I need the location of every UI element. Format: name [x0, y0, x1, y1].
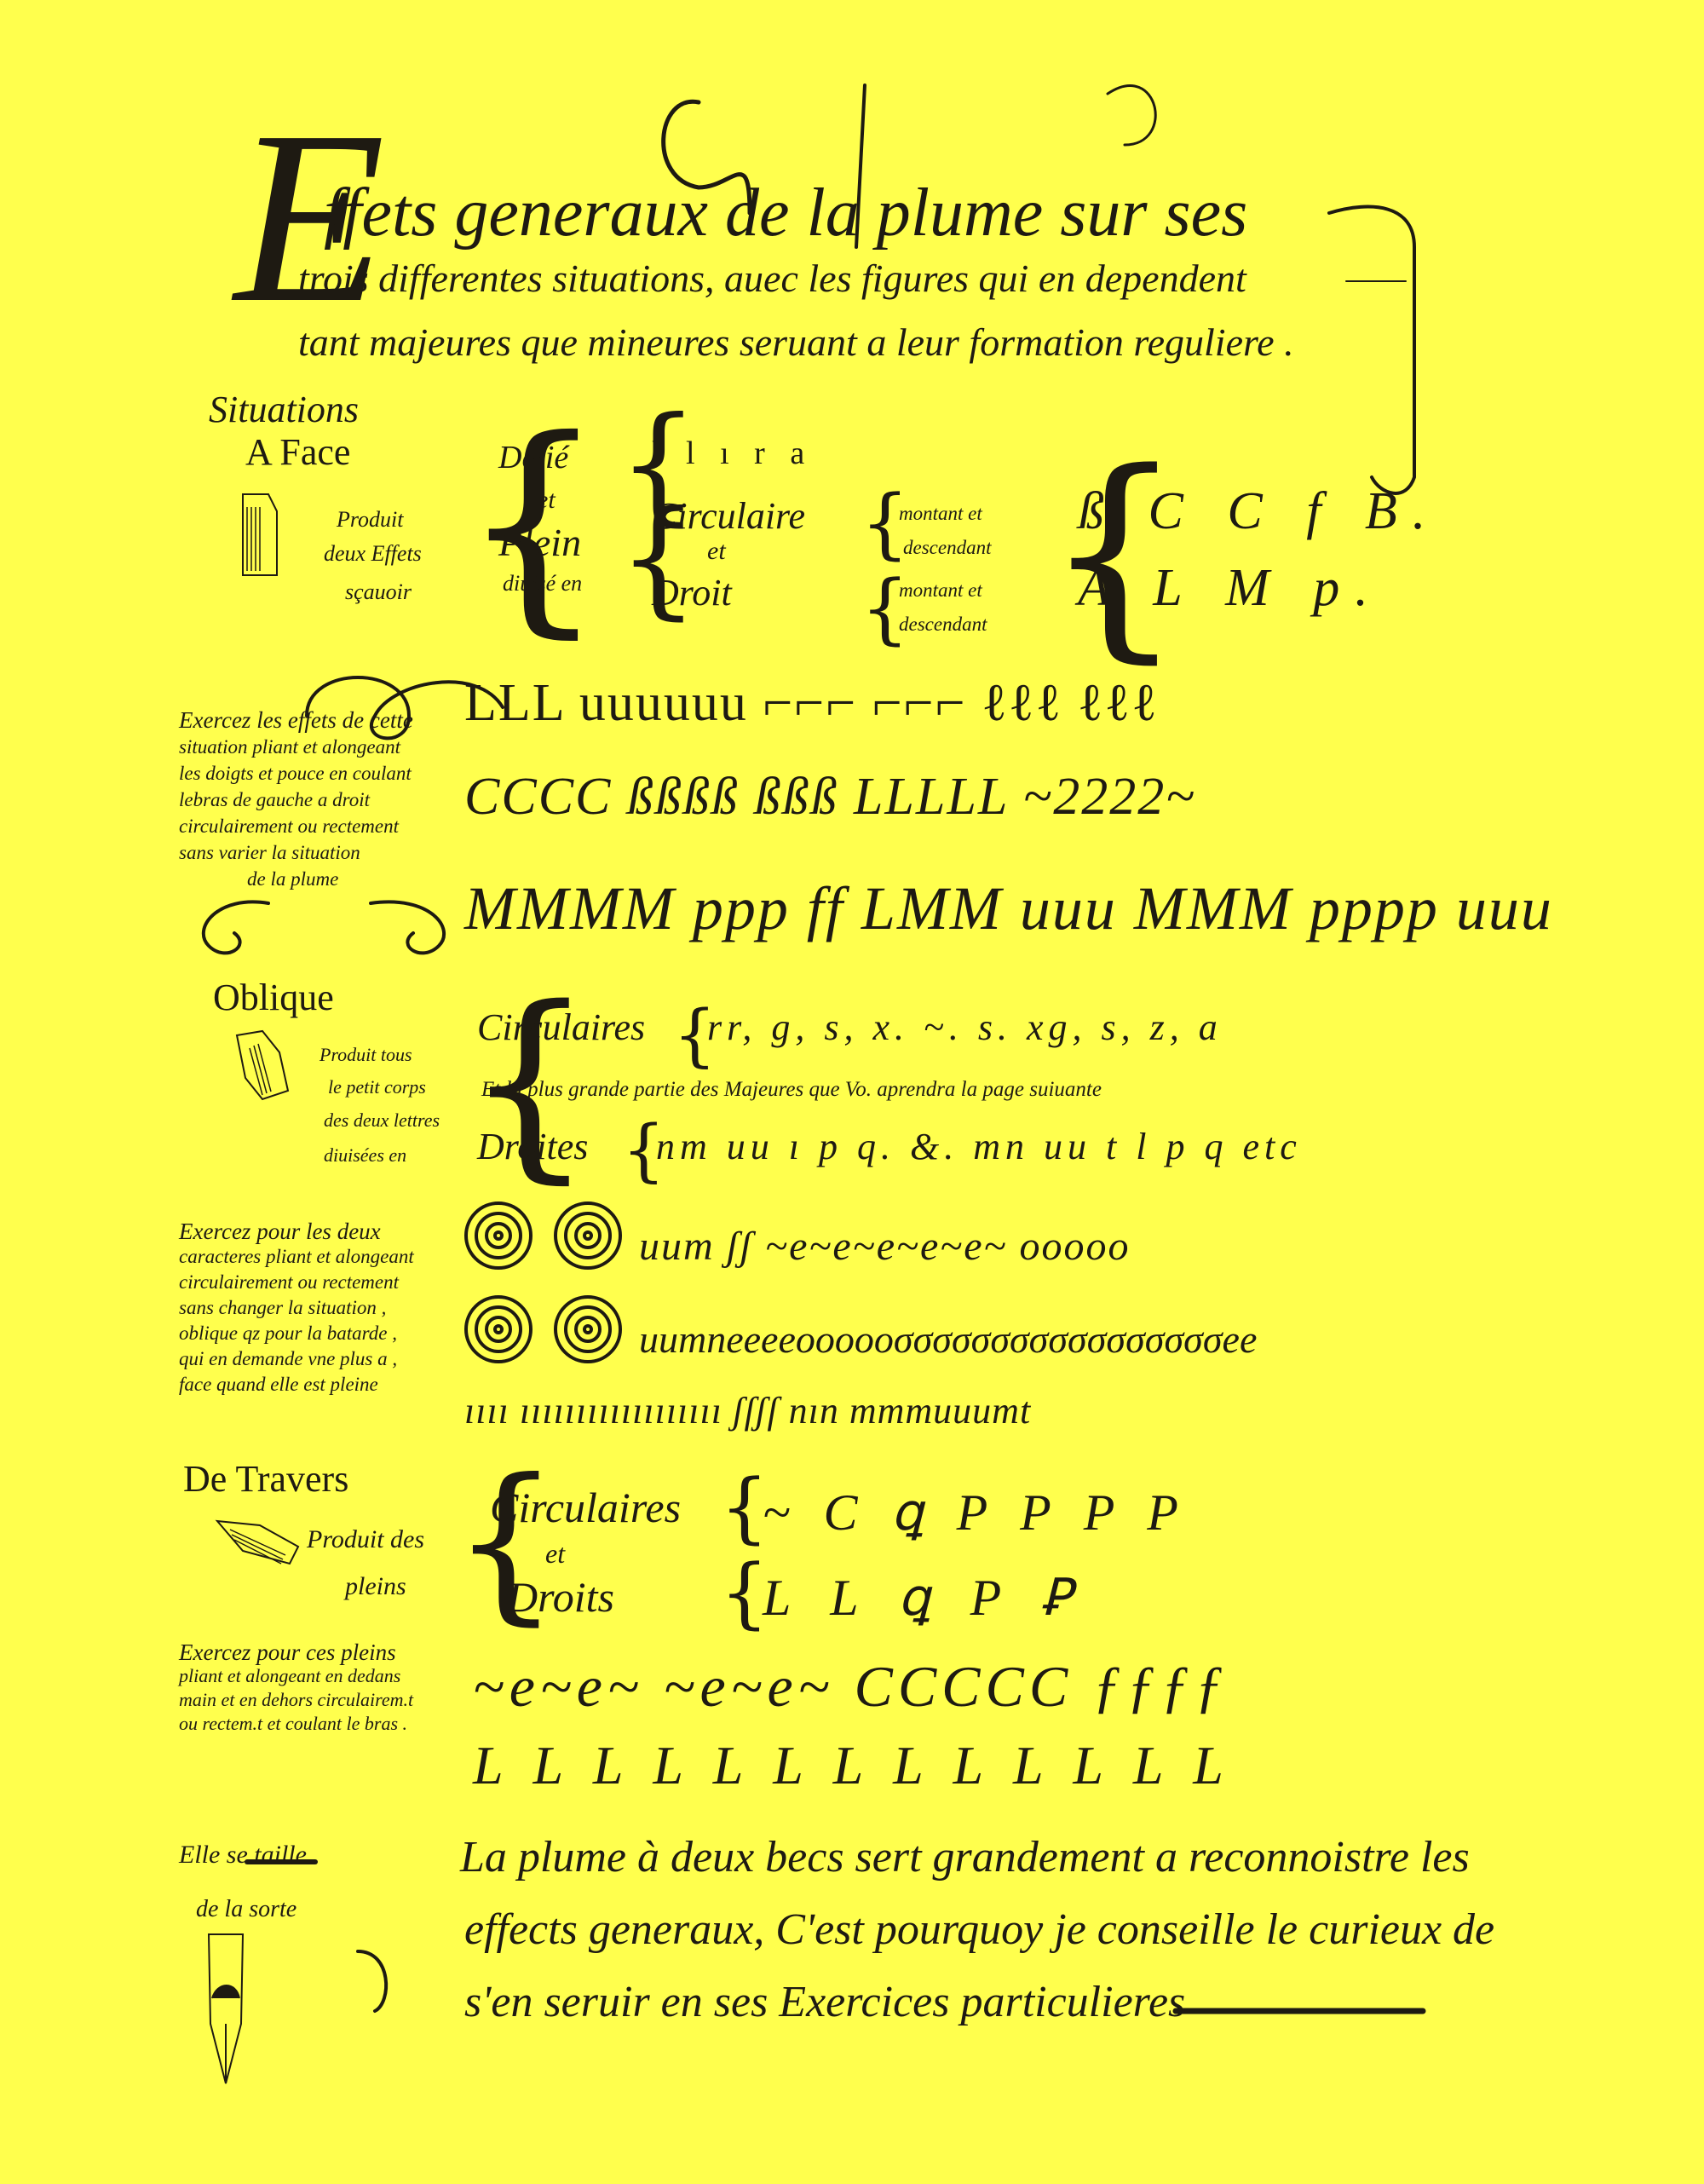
division-delie: Delié [498, 439, 568, 476]
division-et: et [537, 486, 556, 515]
brace-majuscules: { [1044, 443, 1184, 665]
exercise-1-note-line: lebras de gauche a droit [179, 787, 435, 813]
exercise-3-note-line: pliant et alongeant en dedans [179, 1664, 486, 1688]
oblique-produit-1: Produit tous [319, 1044, 412, 1066]
exercise-1-row-1: LLL uuuuuu ⌐⌐⌐ ⌐⌐⌐ ℓℓℓ ℓℓℓ [464, 673, 1159, 734]
pen-nib-front-icon [234, 486, 285, 588]
plein-droit: Droit [652, 571, 732, 614]
division-plein: Plein [498, 520, 581, 565]
oblique-middle-line: Et la plus grande partie des Majeures qu… [481, 1078, 1102, 1102]
oblique-produit-3: des deux lettres [324, 1109, 440, 1132]
exercise-2-note: Exercez pour les deux caracteres pliant … [179, 1219, 460, 1397]
exercise-1-note: Exercez les effets de cette situation pl… [179, 707, 435, 892]
exercise-3-note-line: Exercez pour ces pleins [179, 1640, 486, 1664]
exercise-3-note-line: ou rectem.t et coulant le bras . [179, 1712, 486, 1736]
exercise-1-note-line: circulairement ou rectement [179, 813, 435, 839]
footer-text-line-3: s'en seruir en ses Exercices particulier… [464, 1977, 1185, 2027]
exercise-2-note-line: caracteres pliant et alongeant [179, 1244, 460, 1270]
de-travers-droits-samples: L L ꝗ P Ꝑ [763, 1568, 1085, 1628]
exercise-1-row-2: CCCC ßßßß ßßß LLLLL ~2222~ [464, 767, 1196, 827]
majuscules-row-2: A L M p. [1078, 558, 1384, 619]
exercise-1-note-line: situation pliant et alongeant [179, 734, 435, 760]
pen-nib-sideways-icon [213, 1513, 307, 1581]
exercise-3-row-1: ~e~e~ ~e~e~ CCCCC ƒƒƒƒ [473, 1653, 1229, 1720]
spiral-icon [460, 1197, 665, 1385]
exercise-1-row-3: MMMM ppp ff LMM uuu MMM pppp uuu [464, 873, 1553, 944]
motion-1: montant et [899, 503, 982, 525]
a-face-produit-3: sçauoir [345, 579, 412, 605]
quill-nib-icon [200, 1930, 251, 2100]
exercise-1-note-line: sans varier la situation [179, 839, 435, 866]
oblique-produit-4: diuisées en [324, 1144, 406, 1167]
exercise-2-note-line: qui en demande vne plus a , [179, 1346, 460, 1372]
plein-circulaire: Circulaire [652, 494, 805, 538]
exercise-2-note-line: Exercez pour les deux [179, 1219, 460, 1244]
de-travers-produit-2: pleins [345, 1572, 406, 1601]
oblique-produit-2: le petit corps [328, 1076, 426, 1098]
de-travers-circulaires-samples: ~ C ꝗ P P P P [763, 1483, 1189, 1542]
division-divise-en: diuisé en [503, 571, 582, 596]
exercise-3-note-line: main et en dehors circulairem.t [179, 1688, 486, 1712]
situations-heading: Situations [209, 388, 359, 431]
exercise-2-note-line: face quand elle est pleine [179, 1372, 460, 1397]
oblique-droites-samples: nm uu ı p q. &. mn uu t l p q etc [656, 1125, 1302, 1168]
exercise-1-note-line: de la plume [179, 866, 435, 892]
exercise-3-note: Exercez pour ces pleins pliant et alonge… [179, 1640, 486, 1736]
de-travers-circulaires: Circulaires [490, 1483, 681, 1532]
de-travers-droits: Droits [507, 1572, 614, 1622]
motion-2: descendant [903, 537, 991, 559]
oblique-circulaires-label: Circulaires [477, 1006, 645, 1049]
brace-de-travers-circulaires: { [720, 1470, 769, 1547]
plein-et: et [707, 537, 726, 566]
exercise-2-row-1: uum ʃʃ ~e~e~e~e~e~ ooooo [639, 1223, 1131, 1270]
exercise-2-row-2: uumneeeeoooooσσσσσσσσσσσσσσσσσee [639, 1317, 1257, 1362]
de-travers-produit-1: Produit des [307, 1525, 424, 1554]
oblique-label: Oblique [213, 976, 334, 1019]
exercise-2-row-3: ıııı ıııııııııııııııııı ʃſʃſ nın mmmuuum… [464, 1389, 1031, 1432]
exercise-2-note-line: sans changer la situation , [179, 1295, 460, 1321]
pen-nib-oblique-icon [228, 1027, 296, 1112]
exercise-1-note-line: les doigts et pouce en coulant [179, 760, 435, 787]
footer-text-line-1: La plume à deux becs sert grandement a r… [460, 1832, 1470, 1882]
majuscules-row-1: ß C C f B. [1078, 481, 1441, 542]
oblique-droites-label: Droites [477, 1125, 588, 1168]
delie-samples: l l ı r a [652, 435, 813, 472]
exercise-3-row-2: L L L L L L L L L L L L L [473, 1734, 1232, 1797]
footer-text-line-2: effects generaux, C'est pourquoy je cons… [464, 1905, 1494, 1955]
brace-de-travers-droits: { [720, 1555, 769, 1632]
a-face-produit-2: deux Effets [324, 541, 422, 567]
a-face-produit-1: Produit [337, 507, 403, 533]
de-travers-label: De Travers [183, 1457, 348, 1501]
motion-3: montant et [899, 579, 982, 602]
motion-4: descendant [899, 614, 987, 636]
oblique-circulaires-samples: rr, g, s, x. ~. s. xg, s, z, a [707, 1006, 1223, 1049]
exercise-2-note-line: circulairement ou rectement [179, 1270, 460, 1295]
de-travers-et: et [545, 1538, 565, 1570]
exercise-1-note-line: Exercez les effets de cette [179, 707, 435, 734]
a-face-label: A Face [245, 430, 350, 474]
exercise-1-scroll-icon [183, 895, 473, 971]
exercise-2-note-line: oblique qz pour la batarde , [179, 1321, 460, 1346]
